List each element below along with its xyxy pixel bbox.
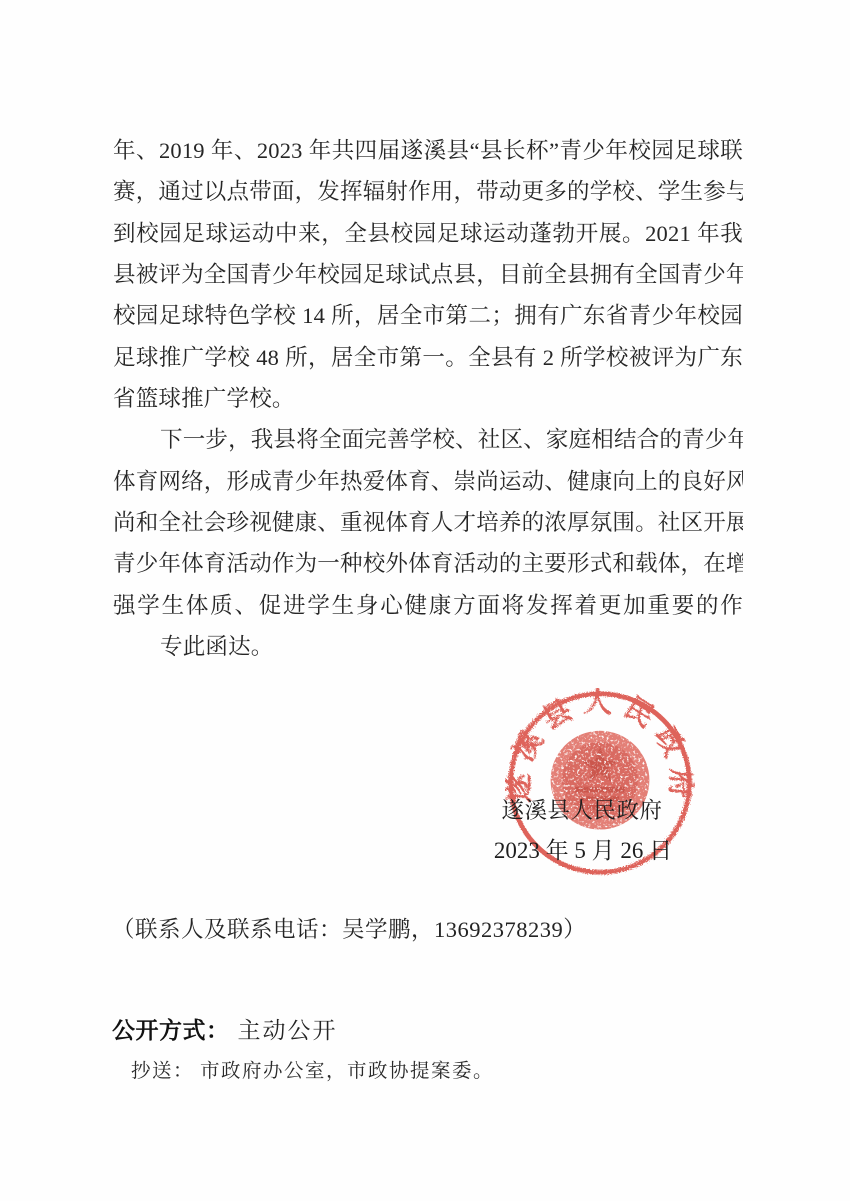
body-line: 青少年体育活动作为一种校外体育活动的主要形式和载体，在增 — [113, 543, 743, 584]
body-line: 校园足球特色学校 14 所，居全市第二；拥有广东省青少年校园 — [113, 295, 743, 336]
body-line: 体育网络，形成青少年热爱体育、崇尚运动、健康向上的良好风 — [113, 461, 743, 502]
cc-line: 抄送：市政府办公室，市政协提案委。 — [131, 1058, 494, 1086]
body-line: 年、2019 年、2023 年共四届遂溪县“县长杯”青少年校园足球联 — [113, 130, 743, 171]
letter-body: 年、2019 年、2023 年共四届遂溪县“县长杯”青少年校园足球联 赛，通过以… — [113, 130, 743, 667]
cc-value: 市政府办公室，市政协提案委。 — [200, 1061, 494, 1082]
closing-phrase: 专此函达。 — [113, 626, 743, 667]
body-line: 下一步，我县将全面完善学校、社区、家庭相结合的青少年 — [113, 419, 743, 460]
body-line: 强学生体质、促进学生身心健康方面将发挥着更加重要的作用。 — [113, 585, 743, 626]
body-line: 到校园足球运动中来，全县校园足球运动蓬勃开展。2021 年我 — [113, 213, 743, 254]
disclosure-label: 公开方式： — [112, 1017, 230, 1043]
body-line: 足球推广学校 48 所，居全市第一。全县有 2 所学校被评为广东 — [113, 337, 743, 378]
body-line: 尚和全社会珍视健康、重视体育人才培养的浓厚氛围。社区开展 — [113, 502, 743, 543]
cc-label: 抄送： — [131, 1061, 194, 1082]
body-line: 县被评为全国青少年校园足球试点县，目前全县拥有全国青少年 — [113, 254, 743, 295]
signature-date: 2023 年 5 月 26 日 — [483, 836, 683, 866]
signature-issuer: 遂溪县人民政府 — [500, 796, 664, 826]
body-line: 赛，通过以点带面，发挥辐射作用，带动更多的学校、学生参与 — [113, 171, 743, 212]
document-page: 年、2019 年、2023 年共四届遂溪县“县长杯”青少年校园足球联 赛，通过以… — [0, 0, 850, 1201]
disclosure-value: 主动公开 — [238, 1018, 338, 1043]
body-line: 省篮球推广学校。 — [113, 378, 743, 419]
disclosure-line: 公开方式：主动公开 — [112, 1014, 338, 1047]
contact-line: （联系人及联系电话：吴学鹏，13692378239） — [112, 915, 586, 945]
